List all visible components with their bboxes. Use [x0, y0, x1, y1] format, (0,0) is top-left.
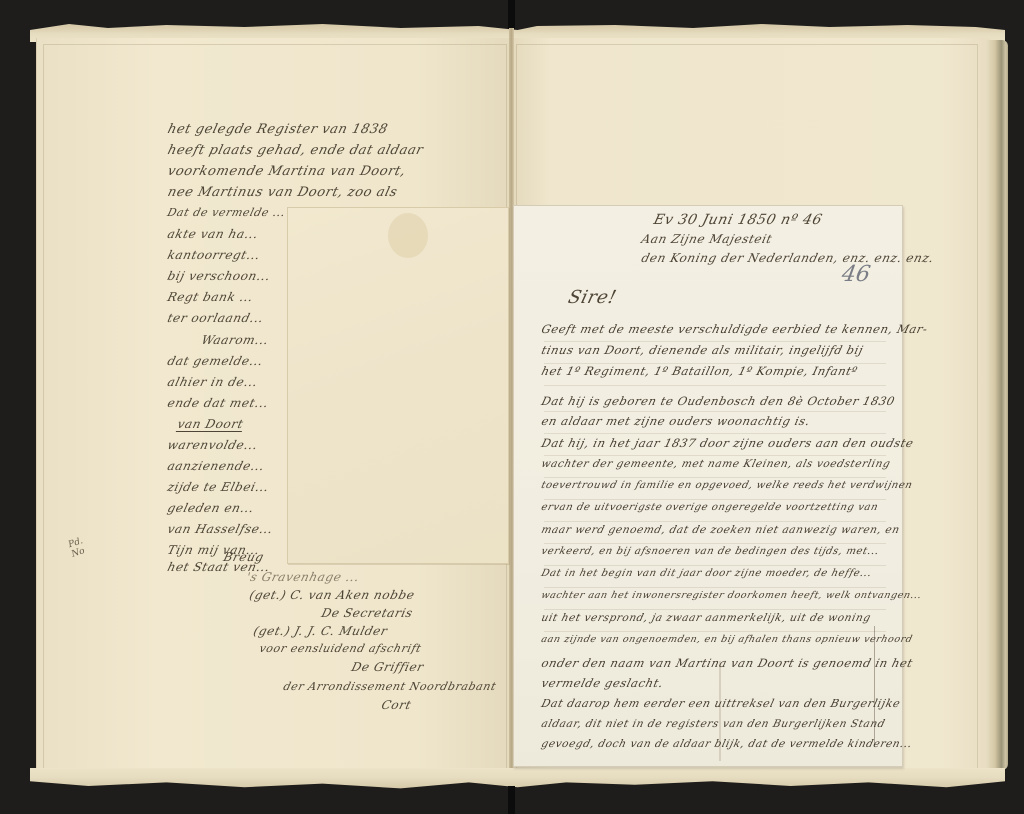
left-line-13: alhier in de...	[166, 375, 259, 389]
spine-top-shadow	[508, 0, 515, 30]
ruling-line	[544, 543, 886, 544]
left-line-4: nee Martinus van Doort, zoo als	[166, 185, 399, 200]
open-register-book: het gelegde Register van 1838 heeft plaa…	[0, 0, 1024, 814]
ruling-line	[544, 455, 886, 456]
left-line-6: akte van ha...	[166, 227, 260, 241]
letter-address-1: Aan Zijne Majesteit	[640, 232, 774, 246]
left-line-2: heeft plaats gehad, ende dat aldaar	[166, 143, 425, 158]
letter-line-19: aldaar, dit niet in de registers van den…	[540, 718, 887, 730]
letter-line-18: Dat daarop hem eerder een uittreksel van…	[540, 697, 902, 710]
letter-line-5: en aldaar met zijne ouders woonachtig is…	[540, 414, 812, 428]
letter-line-15: aan zijnde van ongenoemden, en bij afhal…	[540, 634, 914, 645]
letter-line-2: tinus van Doort, dienende als militair, …	[540, 343, 865, 357]
left-line-1: het gelegde Register van 1838	[166, 122, 389, 137]
left-line-17: aanzienende...	[166, 459, 266, 473]
bottom-page-edges	[30, 768, 1005, 792]
closing-line-3: De Secretaris	[320, 606, 414, 620]
page-stack-edge	[986, 40, 1008, 770]
ruling-line	[544, 609, 886, 610]
ruling-line	[544, 631, 886, 632]
left-line-15-name: van Doort	[176, 417, 245, 432]
letter-line-8: toevertrouwd in familie en opgevoed, wel…	[540, 480, 914, 491]
letter-line-20: gevoegd, doch van de aldaar blijk, dat d…	[540, 738, 913, 750]
closing-line-2: (get.) C. van Aken nobbe	[248, 588, 416, 602]
letter-line-7: wachter der gemeente, met name Kleinen, …	[540, 458, 892, 470]
closing-line-1: 's Gravenhage ...	[245, 570, 361, 584]
ruling-line	[544, 499, 886, 500]
letter-header-date: Ev 30 Juni 1850 nº 46	[652, 212, 824, 228]
letter-line-3: het 1º Regiment, 1º Bataillon, 1º Kompie…	[540, 364, 859, 378]
closing-place: Breug	[222, 550, 266, 564]
closing-line-6: De Griffier	[350, 660, 425, 674]
left-line-3-text: voorkomende Martina van Doort,	[166, 164, 407, 179]
letter-line-13: wachter aan het inwonersregister doorkom…	[540, 590, 923, 601]
left-line-8: bij verschoon...	[166, 269, 272, 283]
letter-line-11: verkeerd, en bij afsnoeren van de beding…	[540, 546, 880, 557]
closing-line-5: voor eensluidend afschrift	[258, 642, 423, 655]
left-line-10: ter oorlaand...	[166, 311, 265, 325]
letter-line-14: uit het versprond, ja zwaar aanmerkelijk…	[540, 612, 872, 624]
folio-number: 46	[840, 262, 872, 287]
ruling-line	[544, 587, 886, 588]
ruling-line	[544, 477, 886, 478]
ruling-line	[544, 521, 886, 522]
letter-address-2: den Koning der Nederlanden, enz. enz. en…	[640, 251, 936, 265]
left-line-7: kantoorregt...	[166, 248, 262, 262]
left-line-15: van Doort	[176, 417, 245, 431]
closing-line-4: (get.) J. J. C. Mulder	[252, 624, 389, 638]
closing-signature: Cort	[380, 698, 413, 712]
left-line-20: van Hasselfse...	[166, 522, 275, 536]
spine-bottom-shadow	[508, 786, 515, 814]
letter-line-1: Geeft met de meeste verschuldigde eerbie…	[540, 322, 929, 336]
left-line-14: ende dat met...	[166, 396, 270, 410]
letter-line-6: Dat hij, in het jaar 1837 door zijne oud…	[540, 436, 915, 450]
letter-line-10: maar werd genoemd, dat de zoeken niet aa…	[540, 524, 901, 536]
letter-line-16: onder den naam van Martina van Doort is …	[540, 656, 915, 670]
left-line-11: Waarom...	[200, 333, 270, 347]
left-line-18: zijde te Elbei...	[166, 480, 271, 494]
closing-line-7: der Arrondissement Noordbrabant	[282, 680, 498, 693]
ruling-line	[544, 341, 886, 342]
water-stain	[388, 213, 428, 258]
pasted-slip	[287, 207, 509, 564]
ruling-line	[544, 433, 886, 434]
left-line-12: dat gemelde...	[166, 354, 265, 368]
ruling-line	[544, 565, 886, 566]
letter-line-9: ervan de uitvoerigste overige ongeregeld…	[540, 502, 879, 513]
left-line-3: voorkomende Martina van Doort,	[166, 164, 407, 179]
letter-line-12: Dat in het begin van dit jaar door zijne…	[540, 568, 873, 579]
ruling-line	[544, 385, 886, 386]
left-line-19: geleden en...	[166, 501, 256, 515]
left-line-9: Regt bank ...	[166, 290, 255, 304]
left-line-16: warenvolde...	[166, 438, 259, 452]
letter-line-4: Dat hij is geboren te Oudenbosch den 8è …	[540, 394, 897, 408]
ruling-line	[544, 411, 886, 412]
letter-salutation: Sire!	[566, 287, 619, 308]
letter-line-17: vermelde geslacht.	[540, 676, 665, 690]
